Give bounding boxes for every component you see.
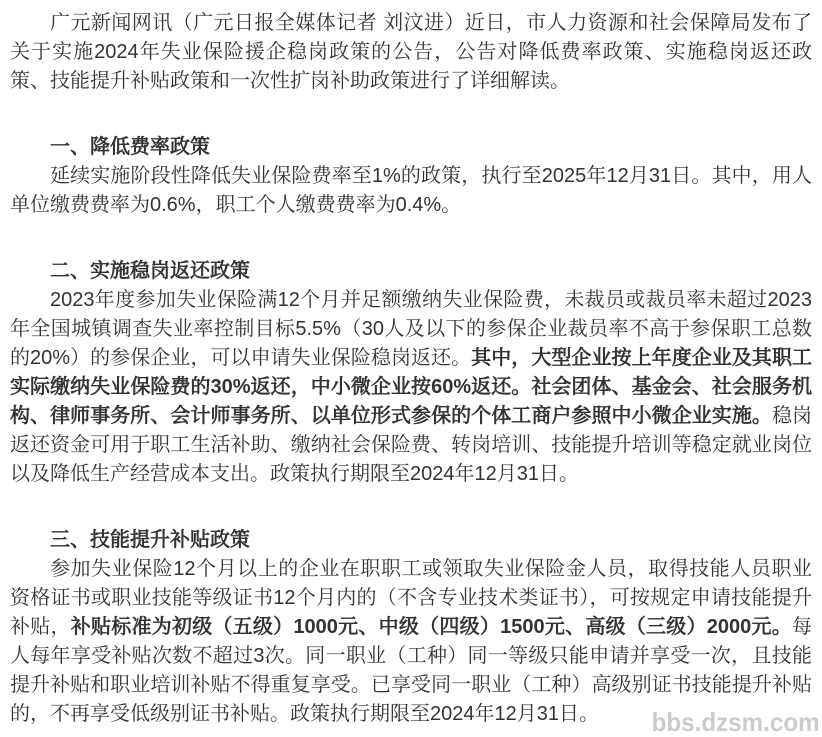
watermark: bbs.dzsm.com (652, 709, 820, 735)
section-heading-1: 一、降低费率政策 (10, 133, 812, 162)
intro-paragraph: 广元新闻网讯（广元日报全媒体记者 刘汶进）近日，市人力资源和社会保障局发布了关于… (10, 9, 812, 96)
bold-text-run: 补贴标准为初级（五级）1000元、中级（四级）1500元、高级（三级）2000元… (71, 616, 792, 638)
article-sections: 一、降低费率政策延续实施阶段性降低失业保险费率至1%的政策，执行至2025年12… (10, 133, 812, 729)
section-paragraph-2: 2023年度参加失业保险满12个月并足额缴纳失业保险费，未裁员或裁员率未超过20… (10, 286, 812, 489)
section-heading-3: 三、技能提升补贴政策 (10, 526, 812, 555)
article-page: 广元新闻网讯（广元日报全媒体记者 刘汶进）近日，市人力资源和社会保障局发布了关于… (0, 0, 822, 737)
section-paragraph-3: 参加失业保险12个月以上的企业在职职工或领取失业保险金人员，取得技能人员职业资格… (10, 555, 812, 729)
section-heading-2: 二、实施稳岗返还政策 (10, 257, 812, 286)
section-paragraph-1: 延续实施阶段性降低失业保险费率至1%的政策，执行至2025年12月31日。其中，… (10, 162, 812, 220)
text-run: 延续实施阶段性降低失业保险费率至1%的政策，执行至2025年12月31日。其中，… (10, 165, 812, 216)
